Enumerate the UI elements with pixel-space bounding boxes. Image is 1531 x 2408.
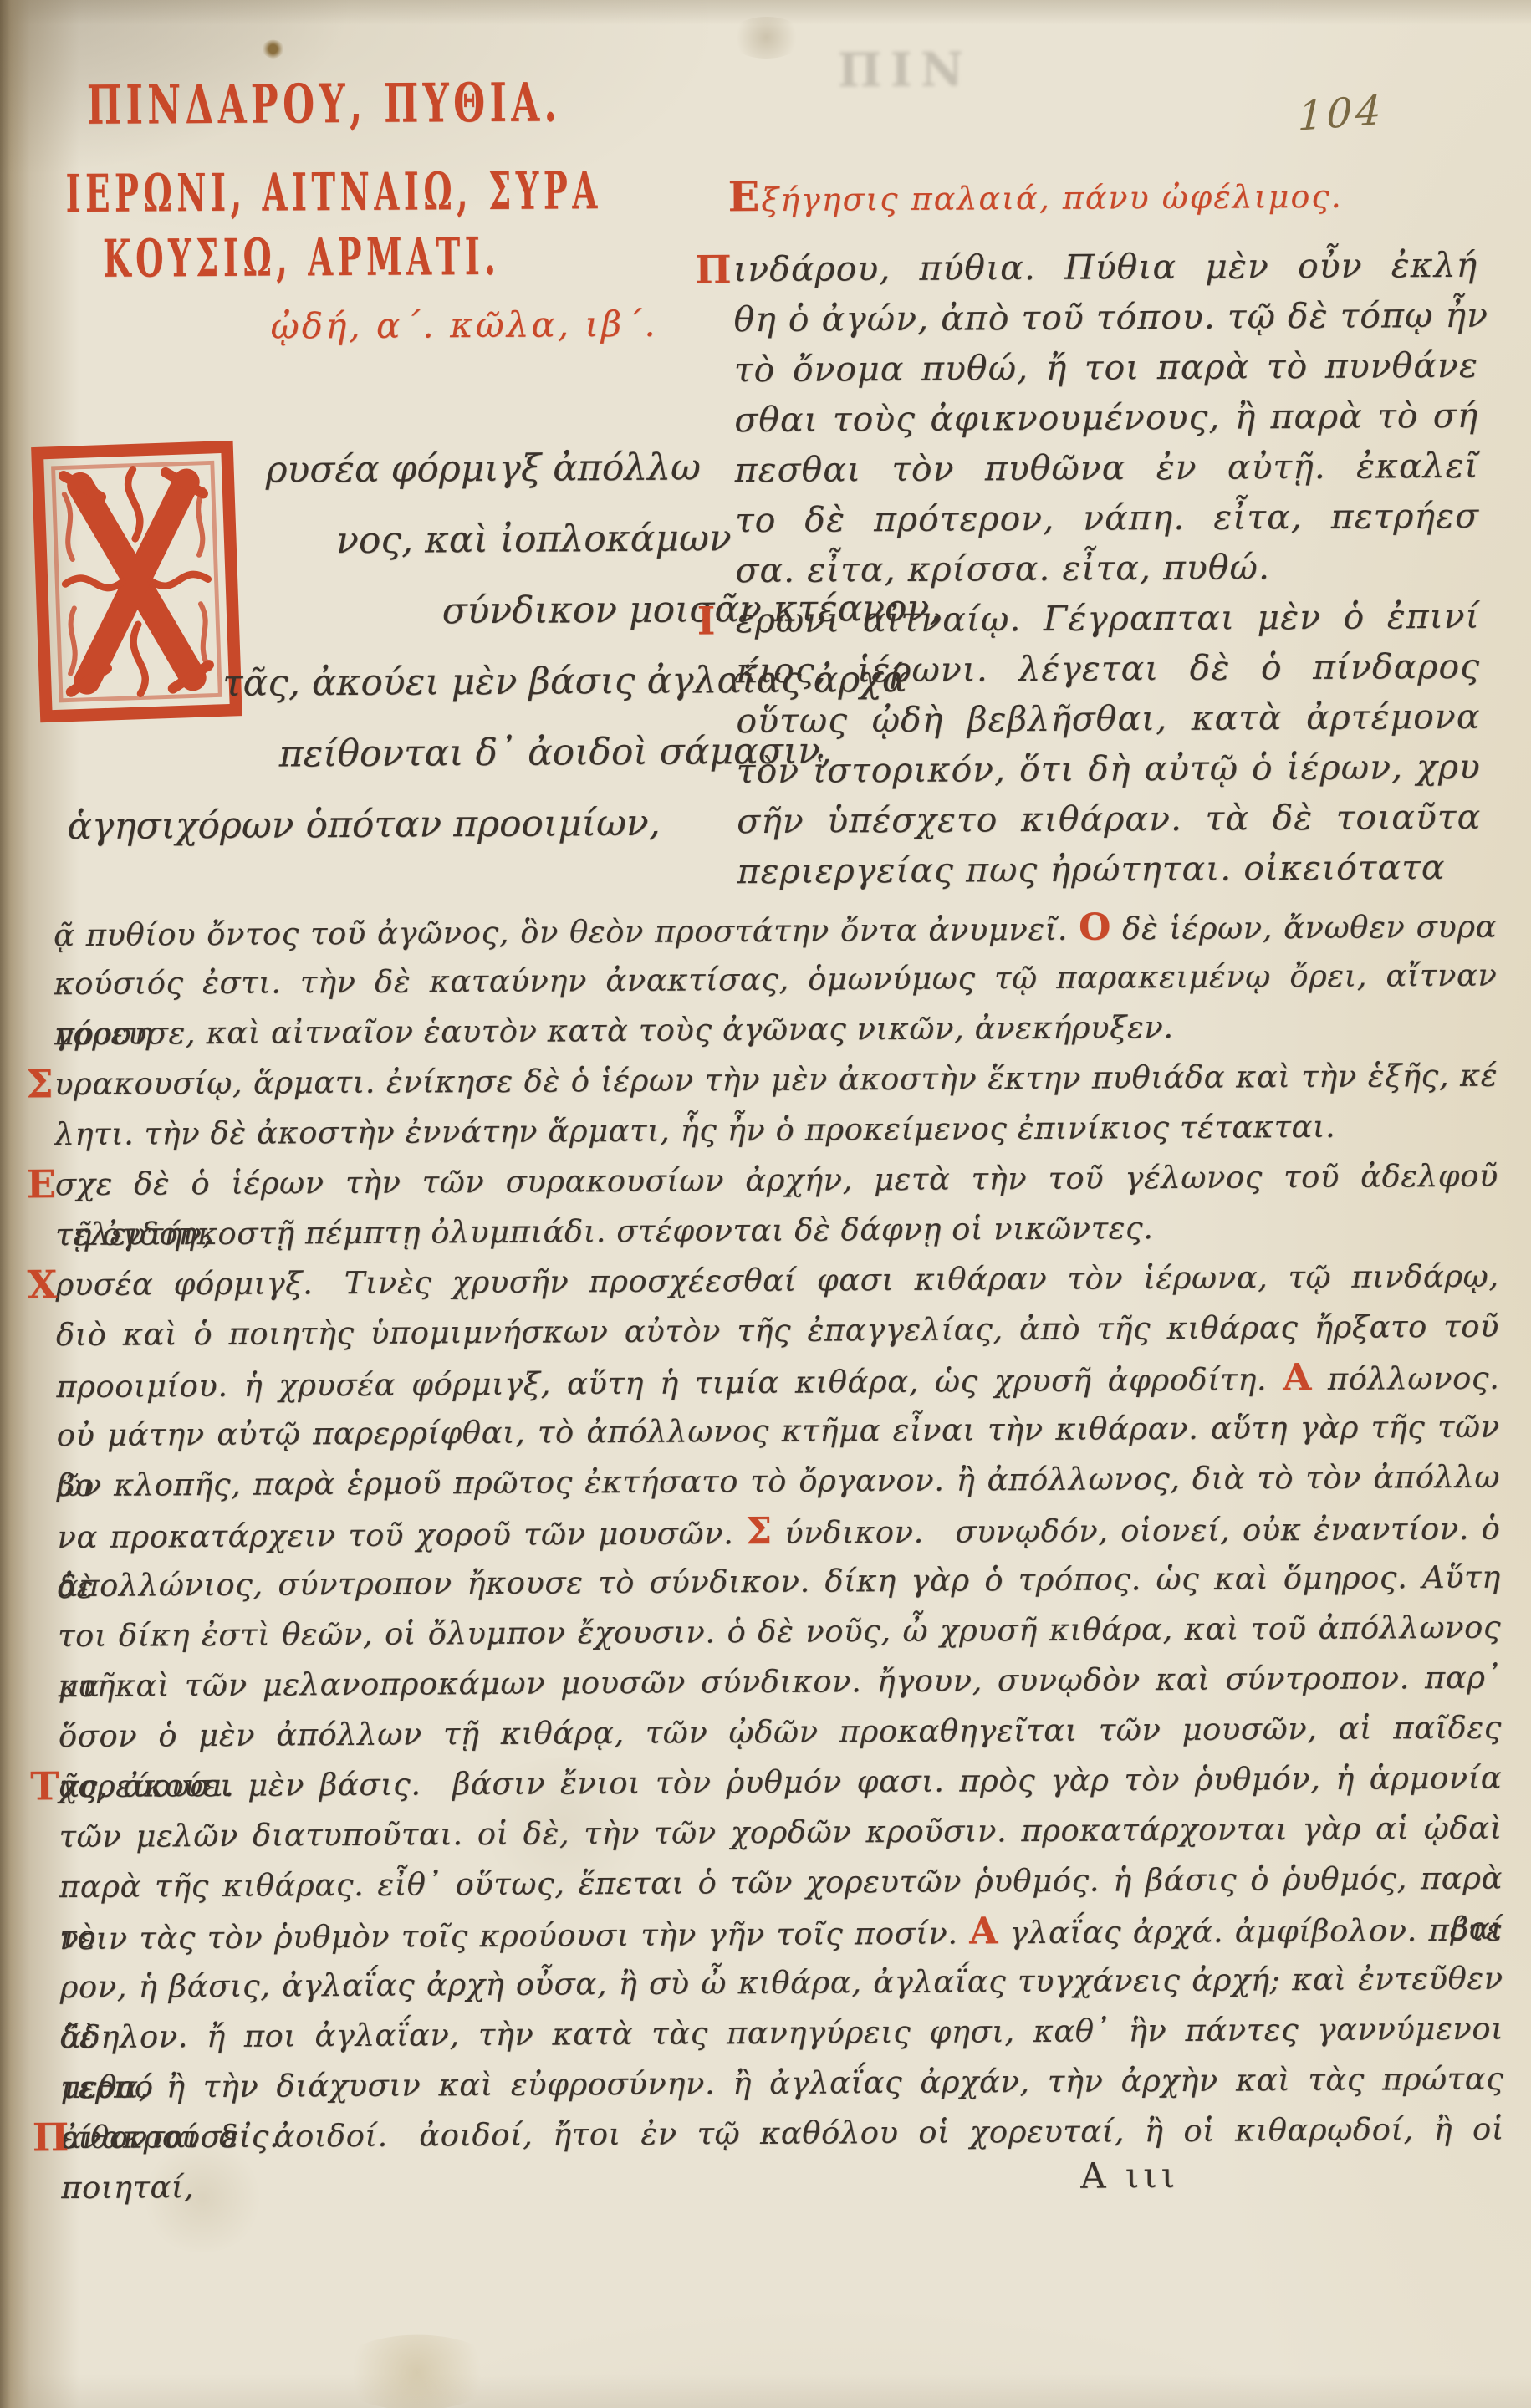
commentary-line: γόρευσε, καὶ αἰτναῖον ἑαυτὸν κατὰ τοὺς ἀ…	[54, 1001, 1498, 1060]
scholia-line: σῆν ὑπέσχετο κιθάραν. τὰ δὲ τοιαῦτα	[737, 792, 1481, 846]
commentary-line: νειν τὰς τὸν ῥυθμὸν τοῖς κρούουσι τὴν γῆ…	[59, 1904, 1503, 1963]
commentary-line: τοι δίκη ἐστὶ θεῶν, οἱ ὄλυμπον ἔχουσιν. …	[58, 1603, 1501, 1662]
commentary-line: ἄδηλον. ἤ ποι ἀγλαΐαν, τὴν κατὰ τὰς πανη…	[60, 2004, 1503, 2064]
ode-verse-block: ρυσέα φόρμιγξ ἀπόλλωνος, καὶ ἰοπλοκάμωνσ…	[0, 446, 751, 885]
commentary-line: ἀπολλώνιος, σύντροπον ἤκουσε τὸ σύνδικον…	[58, 1553, 1501, 1612]
commentary-line: Εσχε δὲ ὁ ἱέρων τὴν τῶν συρακουσίων ἀρχή…	[55, 1151, 1498, 1211]
commentary-line: ῶν κλοπῆς, παρὰ ἑρμοῦ πρῶτος ἐκτήσατο τὸ…	[57, 1452, 1500, 1512]
rubric-initial: Ε	[27, 1161, 57, 1207]
verse-line: ἁγησιχόρων ὁπόταν προοιμίων,	[67, 803, 661, 848]
rubric-initial: Χ	[27, 1262, 58, 1307]
paper-stain	[333, 2334, 501, 2408]
scholia-line: σθαι τοὺς ἀφικνουμένους, ἢ παρὰ τὸ σή	[734, 390, 1478, 445]
verse-line: νος, καὶ ἰοπλοκάμων	[336, 518, 732, 562]
commentary-line: μα καὶ τῶν μελανοπροκάμων μουσῶν σύνδικο…	[58, 1653, 1501, 1712]
rubric-initial: Ι	[697, 599, 717, 642]
commentary-line: Πείθονται δ᾽ ἀοιδοί. ἀοιδοί, ἤτοι ἐν τῷ …	[61, 2104, 1504, 2164]
commentary-line: μεθα, ἢ τὴν διάχυσιν καὶ εὐφροσύνην. ἢ ἀ…	[60, 2054, 1503, 2114]
commentary-line: προοιμίου. ἡ χρυσέα φόρμιγξ, αὕτη ἡ τιμί…	[56, 1352, 1499, 1411]
scholia-line: κιος, ἱέρωνι. λέγεται δὲ ὁ πίνδαρος	[736, 641, 1480, 696]
commentary-line: οὐ μάτην αὐτῷ παρερρίφθαι, τὸ ἀπόλλωνος …	[56, 1402, 1499, 1462]
rubric-initial: Τ	[30, 1763, 59, 1809]
scholia-line: Ιέρωνι αἰτναίῳ. Γέγραπται μὲν ὁ ἐπινί	[736, 591, 1480, 645]
commentary-line: ὅσον ὁ μὲν ἀπόλλων τῇ κιθάρᾳ, τῶν ᾠδῶν π…	[59, 1703, 1502, 1763]
commentary-line: κούσιός ἐστι. τὴν δὲ καταύνην ἀνακτίσας,…	[54, 951, 1497, 1010]
running-title: ΠΙΝΔΑΡΟΥ, ΠΥΘΙΑ.	[87, 71, 562, 136]
rubric-initial: Σ	[26, 1061, 54, 1106]
paper-stain	[728, 17, 804, 59]
commentary-line: παρὰ τῆς κιθάρας. εἶθ᾽ οὕτως, ἕπεται ὁ τ…	[59, 1854, 1503, 1913]
scholia-paragraphs: Πινδάρου, πύθια. Πύθια μὲν οὖν ἐκλήθη ὁ …	[733, 240, 1482, 896]
scholia-line: περιεργείας πως ἠρώτηται. οἰκειότατα	[737, 842, 1481, 896]
scholia-line: πεσθαι τὸν πυθῶνα ἐν αὐτῇ. ἐκαλεῖ	[734, 441, 1478, 495]
dedication-line-1: ΙΕΡΩΝΙ, ΑΙΤΝΑΙΩ, ΣΥΡΑ	[65, 160, 602, 224]
scholia-line: Πινδάρου, πύθια. Πύθια μὲν οὖν ἐκλή	[733, 240, 1477, 294]
verse-line: ρυσέα φόρμιγξ ἀπόλλω	[265, 446, 701, 491]
commentary-line: ᾷ πυθίου ὄντος τοῦ ἀγῶνος, ὃν θεὸν προστ…	[54, 900, 1497, 960]
rubric-initial: Π	[33, 2115, 69, 2160]
rubric-initial: Α	[969, 1910, 998, 1952]
commentary-line: τῶν μελῶν διατυποῦται. οἱ δὲ, τὴν τῶν χο…	[59, 1803, 1502, 1863]
scholia-heading: Εξήγησις παλαιά, πάνυ ὠφέλιμος.	[727, 169, 1342, 221]
rubric-initial: Ο	[1079, 906, 1111, 948]
book-page: ΠΙΝ 104 ΠΙΝΔΑΡΟΥ, ΠΥΘΙΑ. ΙΕΡΩΝΙ, ΑΙΤΝΑΙΩ…	[0, 0, 1531, 2408]
commentary-line: ρον, ἡ βάσις, ἀγλαΐας ἀρχὴ οὖσα, ἢ σὺ ὦ …	[60, 1954, 1503, 2013]
folio-number: 104	[1297, 87, 1385, 140]
commentary-block: ᾷ πυθίου ὄντος τοῦ ἀγῶνος, ὃν θεὸν προστ…	[54, 900, 1504, 2164]
commentary-line: Χρυσέα φόρμιγξ. Τινὲς χρυσῆν προσχέεσθαί…	[55, 1252, 1498, 1311]
commentary-line: να προκατάρχειν τοῦ χοροῦ τῶν μουσῶν. Σ …	[57, 1502, 1500, 1562]
commentary-line: διὸ καὶ ὁ ποιητὴς ὑπομιμνήσκων αὐτὸν τῆς…	[56, 1302, 1499, 1361]
commentary-line: Συρακουσίῳ, ἅρματι. ἐνίκησε δὲ ὁ ἱέρων τ…	[54, 1051, 1498, 1110]
scholia-line: σα. εἶτα, κρίσσα. εἶτα, πυθώ.	[735, 541, 1479, 595]
dedication-line-2: ΚΟΥΣΙΩ, ΑΡΜΑΤΙ.	[103, 226, 501, 289]
meter-note: ᾠδή, α´. κῶλα, ιβ´.	[270, 304, 657, 347]
signature-mark: Α ιιι	[1080, 2155, 1179, 2196]
rubric-initial: Α	[1283, 1356, 1312, 1399]
scholia-line: οὕτως ᾠδὴ βεβλῆσθαι, κατὰ ἀρτέμονα	[736, 691, 1480, 746]
commentary-line: λητι. τὴν δὲ ἀκοστὴν ἐννάτην ἅρματι, ἧς …	[54, 1101, 1498, 1161]
rubric-initial: Σ	[746, 1510, 773, 1553]
scholia-line: το δὲ πρότερον, νάπη. εἶτα, πετρήεσ	[735, 491, 1479, 545]
scholia-line: τὸν ἱστορικόν, ὅτι δὴ αὐτῷ ὁ ἱέρων, χρυ	[737, 742, 1481, 796]
rubric-initial: Π	[695, 247, 732, 291]
scholia-line: τὸ ὄνομα πυθώ, ἤ τοι παρὰ τὸ πυνθάνε	[734, 340, 1478, 395]
scholia-line: θη ὁ ἀγών, ἀπὸ τοῦ τόπου. τῷ δὲ τόπῳ ἦν	[733, 290, 1477, 344]
paper-stain	[262, 39, 283, 58]
commentary-line: Τᾶς, ἀκούει μὲν βάσις. βάσιν ἔνιοι τὸν ῥ…	[59, 1753, 1502, 1813]
ghost-offset-text: ΠΙΝ	[838, 42, 972, 98]
commentary-line: τῇ ὀγδοηκοστῇ πέμπτῃ ὀλυμπιάδι. στέφοντα…	[55, 1201, 1498, 1261]
